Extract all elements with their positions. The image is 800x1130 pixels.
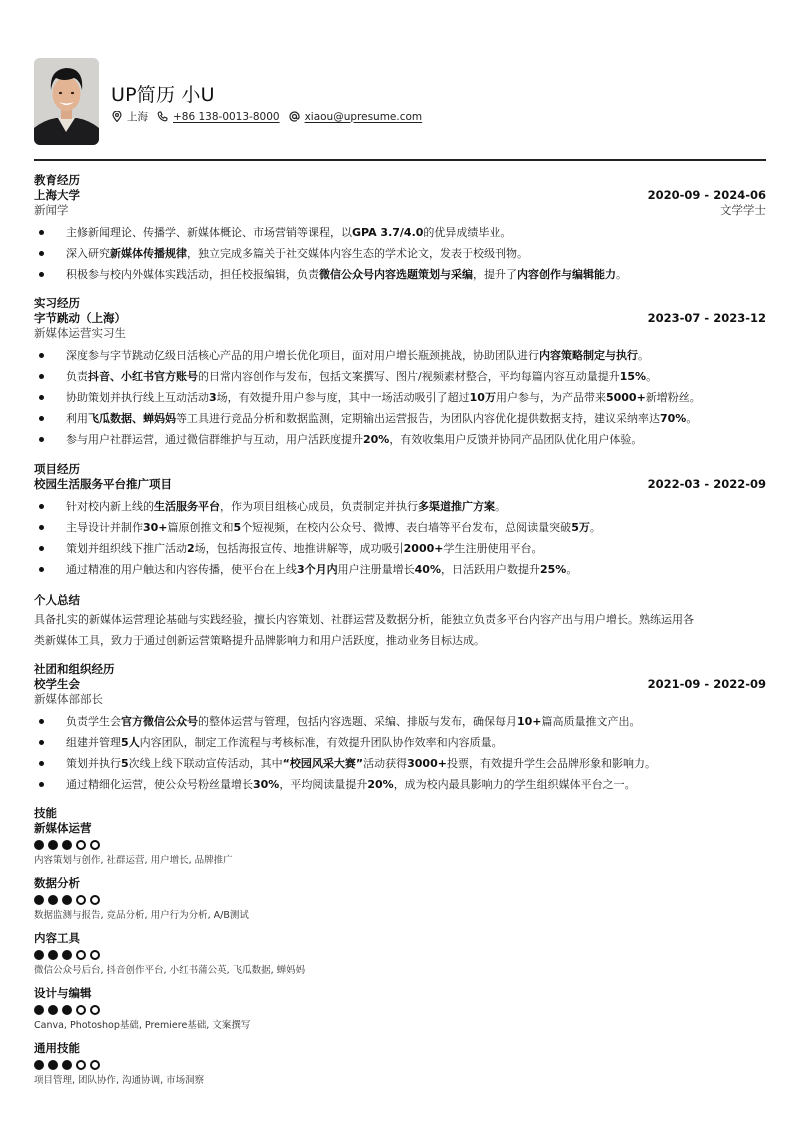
- filled-dot-icon: [48, 895, 58, 905]
- empty-dot-icon: [76, 895, 86, 905]
- bullet-item: 深度参与字节跳动亿级日活核心产品的用户增长优化项目，面对用户增长瓶颈挑战，协助团…: [34, 345, 766, 366]
- filled-dot-icon: [48, 1005, 58, 1015]
- filled-dot-icon: [34, 1060, 44, 1070]
- skill-description: 数据监测与报告, 竞品分析, 用户行为分析, A/B测试: [34, 909, 766, 923]
- filled-dot-icon: [62, 950, 72, 960]
- project-bullets: 针对校内新上线的生活服务平台，作为项目组核心成员，负责制定并执行多渠道推广方案。…: [34, 496, 766, 580]
- empty-dot-icon: [76, 1060, 86, 1070]
- bullet-item: 深入研究新媒体传播规律，独立完成多篇关于社交媒体内容生态的学术论文，发表于校级刊…: [34, 243, 766, 264]
- company-name: 字节跳动（上海）: [34, 311, 126, 326]
- empty-dot-icon: [90, 950, 100, 960]
- organization-date: 2021-09 - 2022-09: [648, 677, 766, 692]
- resume-header: UP简历 小U 上海 +86 138-0013-8000 xiaou@upres…: [34, 58, 766, 146]
- internship-bullets: 深度参与字节跳动亿级日活核心产品的用户增长优化项目，面对用户增长瓶颈挑战，协助团…: [34, 345, 766, 450]
- major: 新闻学: [34, 203, 69, 218]
- skill-item: 内容工具微信公众号后台, 抖音创作平台, 小红书蒲公英, 飞瓜数据, 蝉妈妈: [34, 931, 766, 978]
- skill-name: 设计与编辑: [34, 986, 766, 1001]
- skill-level-rating: [34, 949, 766, 960]
- skill-description: 项目管理, 团队协作, 沟通协调, 市场洞察: [34, 1074, 766, 1088]
- internship-role: 新媒体运营实习生: [34, 326, 766, 341]
- bullet-item: 策划并执行5次线上线下联动宣传活动，其中“校园风采大赛”活动获得3000+投票，…: [34, 753, 766, 774]
- filled-dot-icon: [62, 895, 72, 905]
- organization-role: 新媒体部部长: [34, 692, 766, 707]
- skill-level-rating: [34, 839, 766, 850]
- bullet-item: 主导设计并制作30+篇原创推文和5个短视频，在校内公众号、微博、表白墙等平台发布…: [34, 517, 766, 538]
- header-divider: [34, 159, 766, 161]
- bullet-item: 负责学生会官方微信公众号的整体运营与管理，包括内容选题、采编、排版与发布，确保每…: [34, 711, 766, 732]
- skill-name: 通用技能: [34, 1041, 766, 1056]
- filled-dot-icon: [62, 840, 72, 850]
- skills-list: 新媒体运营内容策划与创作, 社群运营, 用户增长, 品牌推广数据分析数据监测与报…: [34, 821, 766, 1088]
- education-section: 教育经历 上海大学 2020-09 - 2024-06 新闻学 文学学士 主修新…: [34, 173, 766, 285]
- filled-dot-icon: [48, 840, 58, 850]
- phone-link[interactable]: +86 138-0013-8000: [173, 111, 280, 123]
- bullet-item: 主修新闻理论、传播学、新媒体概论、市场营销等课程，以GPA 3.7/4.0的优异…: [34, 222, 766, 243]
- filled-dot-icon: [34, 1005, 44, 1015]
- map-pin-icon: [111, 111, 122, 122]
- empty-dot-icon: [90, 1005, 100, 1015]
- skill-level-rating: [34, 1004, 766, 1015]
- filled-dot-icon: [34, 950, 44, 960]
- skill-description: Canva, Photoshop基础, Premiere基础, 文案撰写: [34, 1019, 766, 1033]
- phone-icon: [157, 111, 168, 122]
- skill-item: 设计与编辑Canva, Photoshop基础, Premiere基础, 文案撰…: [34, 986, 766, 1033]
- organization-section: 社团和组织经历 校学生会 2021-09 - 2022-09 新媒体部部长 负责…: [34, 662, 766, 795]
- location-text: 上海: [127, 109, 148, 124]
- bullet-item: 策划并组织线下推广活动2场，包括海报宣传、地推讲解等，成功吸引2000+学生注册…: [34, 538, 766, 559]
- skill-level-rating: [34, 894, 766, 905]
- project-header-row: 校园生活服务平台推广项目 2022-03 - 2022-09: [34, 477, 766, 492]
- at-icon: [289, 111, 300, 122]
- summary-line: 具备扎实的新媒体运营理论基础与实践经验，擅长内容策划、社群运营及数据分析，能独立…: [34, 609, 766, 630]
- education-date: 2020-09 - 2024-06: [648, 188, 766, 203]
- filled-dot-icon: [48, 1060, 58, 1070]
- organization-name: 校学生会: [34, 677, 80, 692]
- bullet-item: 利用飞瓜数据、蝉妈妈等工具进行竞品分析和数据监测，定期输出运营报告，为团队内容优…: [34, 408, 766, 429]
- organization-header-row: 校学生会 2021-09 - 2022-09: [34, 677, 766, 692]
- phone-item[interactable]: +86 138-0013-8000: [157, 111, 280, 123]
- summary-line: 类新媒体工具，致力于通过创新运营策略提升品牌影响力和用户活跃度，推动业务目标达成…: [34, 630, 766, 651]
- bullet-item: 通过精准的用户触达和内容传播，使平台在上线3个月内用户注册量增长40%，日活跃用…: [34, 559, 766, 580]
- section-title: 项目经历: [34, 462, 766, 477]
- filled-dot-icon: [34, 895, 44, 905]
- skills-section: 技能 新媒体运营内容策划与创作, 社群运营, 用户增长, 品牌推广数据分析数据监…: [34, 806, 766, 1096]
- email-link[interactable]: xiaou@upresume.com: [305, 111, 423, 123]
- bullet-item: 参与用户社群运营，通过微信群维护与互动，用户活跃度提升20%，有效收集用户反馈并…: [34, 429, 766, 450]
- skill-name: 新媒体运营: [34, 821, 766, 836]
- section-title: 实习经历: [34, 296, 766, 311]
- location-item: 上海: [111, 109, 148, 124]
- degree: 文学学士: [720, 203, 766, 218]
- internship-section: 实习经历 字节跳动（上海） 2023-07 - 2023-12 新媒体运营实习生…: [34, 296, 766, 450]
- summary-section: 个人总结 具备扎实的新媒体运营理论基础与实践经验，擅长内容策划、社群运营及数据分…: [34, 593, 766, 651]
- skill-level-rating: [34, 1059, 766, 1070]
- filled-dot-icon: [62, 1060, 72, 1070]
- project-date: 2022-03 - 2022-09: [648, 477, 766, 492]
- bullet-item: 协助策划并执行线上互动活动3场，有效提升用户参与度，其中一场活动吸引了超过10万…: [34, 387, 766, 408]
- filled-dot-icon: [48, 950, 58, 960]
- bullet-item: 组建并管理5人内容团队，制定工作流程与考核标准，有效提升团队协作效率和内容质量。: [34, 732, 766, 753]
- internship-header-row: 字节跳动（上海） 2023-07 - 2023-12: [34, 311, 766, 326]
- bullet-item: 通过精细化运营，使公众号粉丝量增长30%，平均阅读量提升20%，成为校内最具影响…: [34, 774, 766, 795]
- candidate-name: UP简历 小U: [111, 80, 215, 107]
- education-sub-row: 新闻学 文学学士: [34, 203, 766, 218]
- project-name: 校园生活服务平台推广项目: [34, 477, 172, 492]
- empty-dot-icon: [76, 1005, 86, 1015]
- school-name: 上海大学: [34, 188, 80, 203]
- empty-dot-icon: [76, 950, 86, 960]
- skill-description: 内容策划与创作, 社群运营, 用户增长, 品牌推广: [34, 854, 766, 868]
- organization-bullets: 负责学生会官方微信公众号的整体运营与管理，包括内容选题、采编、排版与发布，确保每…: [34, 711, 766, 795]
- section-title: 技能: [34, 806, 766, 821]
- empty-dot-icon: [90, 840, 100, 850]
- skill-item: 数据分析数据监测与报告, 竞品分析, 用户行为分析, A/B测试: [34, 876, 766, 923]
- project-section: 项目经历 校园生活服务平台推广项目 2022-03 - 2022-09 针对校内…: [34, 462, 766, 580]
- skill-description: 微信公众号后台, 抖音创作平台, 小红书蒲公英, 飞瓜数据, 蝉妈妈: [34, 964, 766, 978]
- email-item[interactable]: xiaou@upresume.com: [289, 111, 423, 123]
- internship-date: 2023-07 - 2023-12: [648, 311, 766, 326]
- summary-text: 具备扎实的新媒体运营理论基础与实践经验，擅长内容策划、社群运营及数据分析，能独立…: [34, 609, 766, 651]
- filled-dot-icon: [62, 1005, 72, 1015]
- section-title: 社团和组织经历: [34, 662, 766, 677]
- section-title: 个人总结: [34, 593, 766, 608]
- skill-item: 新媒体运营内容策划与创作, 社群运营, 用户增长, 品牌推广: [34, 821, 766, 868]
- filled-dot-icon: [34, 840, 44, 850]
- skill-name: 数据分析: [34, 876, 766, 891]
- bullet-item: 积极参与校内外媒体实践活动，担任校报编辑，负责微信公众号内容选题策划与采编，提升…: [34, 264, 766, 285]
- empty-dot-icon: [76, 840, 86, 850]
- empty-dot-icon: [90, 1060, 100, 1070]
- section-title: 教育经历: [34, 173, 766, 188]
- empty-dot-icon: [90, 895, 100, 905]
- bullet-item: 针对校内新上线的生活服务平台，作为项目组核心成员，负责制定并执行多渠道推广方案。: [34, 496, 766, 517]
- skill-item: 通用技能项目管理, 团队协作, 沟通协调, 市场洞察: [34, 1041, 766, 1088]
- avatar-photo: [34, 58, 99, 145]
- bullet-item: 负责抖音、小红书官方账号的日常内容创作与发布，包括文案撰写、图片/视频素材整合，…: [34, 366, 766, 387]
- education-header-row: 上海大学 2020-09 - 2024-06: [34, 188, 766, 203]
- skill-name: 内容工具: [34, 931, 766, 946]
- contact-info: 上海 +86 138-0013-8000 xiaou@upresume.com: [111, 109, 431, 124]
- education-bullets: 主修新闻理论、传播学、新媒体概论、市场营销等课程，以GPA 3.7/4.0的优异…: [34, 222, 766, 285]
